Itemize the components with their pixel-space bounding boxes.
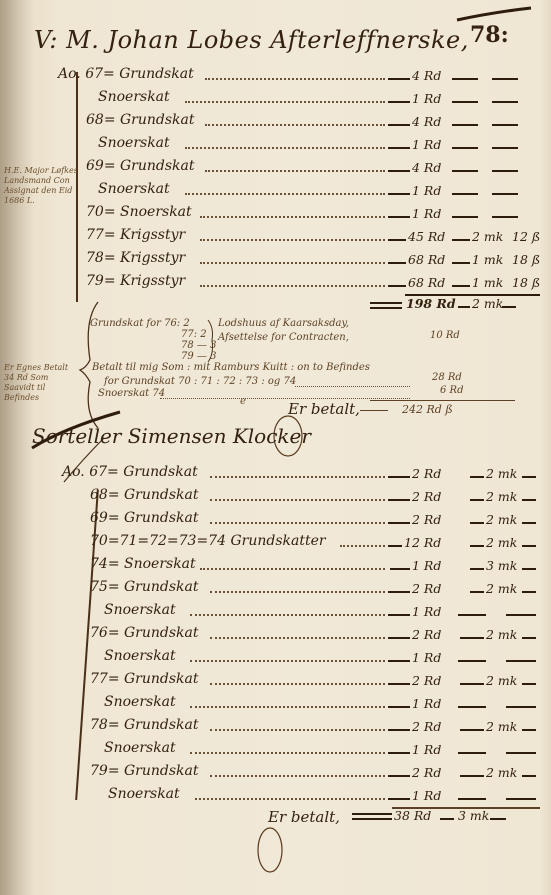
amount-rd: 1 Rd [412, 137, 441, 152]
note-line-1b: 77: 2 [181, 329, 207, 340]
ledger-page: 78: V: M. Johan Lobes Afterleffnerske, H… [0, 0, 551, 895]
row-label: 70= Snoerskat [86, 204, 192, 220]
row-label: Snoerskat [98, 181, 170, 197]
amount-mk: 1 mk [472, 252, 503, 267]
amount-mk: 2 mk [486, 581, 517, 596]
note-value-3: 6 Rd [440, 385, 463, 396]
note-value-1: 10 Rd [430, 330, 460, 341]
amount-rd: 2 Rd [412, 765, 441, 780]
section1-total-rd: 198 Rd [406, 296, 456, 311]
paid-value: 242 Rd ß [402, 403, 453, 416]
row-label: 76= Grundskat [90, 625, 199, 641]
row-label: 69= Grundskat [90, 510, 199, 526]
ledger-row: 70= Snoerskat 1 Rd [0, 204, 551, 228]
amount-rd: 2 Rd [412, 581, 441, 596]
ledger-row: Snoerskat 1 Rd [0, 89, 551, 113]
amount-rd: 2 Rd [412, 489, 441, 504]
amount-rd: 1 Rd [412, 183, 441, 198]
amount-rd: 2 Rd [412, 512, 441, 527]
row-label: 79= Grundskat [90, 763, 199, 779]
total-double-rule-top [370, 302, 402, 304]
note-line-1: Grundskat for 76: 2 [90, 318, 190, 329]
section2-total-rd: 38 Rd [394, 808, 431, 823]
amount-mk: 2 mk [486, 627, 517, 642]
ledger-row: 68= Grundskat 4 Rd [0, 112, 551, 136]
row-label: 77= Grundskat [90, 671, 199, 687]
ledger-row: Snoerskat 1 Rd [0, 740, 551, 764]
amount-mk: 1 mk [472, 275, 503, 290]
amount-rd: 1 Rd [412, 650, 441, 665]
margin-note-2: Er Egnes Betalt 34 Rd Som Saavidt til Be… [4, 363, 76, 403]
total-double-rule-top [352, 813, 392, 815]
section1-total-mk: 2 mk [472, 296, 503, 311]
note-line-3: for Grundskat 70 : 71 : 72 : 73 : og 74 [104, 376, 296, 387]
row-label: 68= Grundskat [86, 112, 195, 128]
amount-mk: 2 mk [486, 489, 517, 504]
row-label: 78= Krigsstyr [86, 250, 185, 266]
row-label: 74= Snoerskat [90, 556, 196, 572]
amount-rd: 1 Rd [412, 742, 441, 757]
ledger-row: 76= Grundskat 2 Rd 2 mk [0, 625, 551, 649]
section2-total-flourish [252, 810, 292, 875]
ledger-row: 79= Grundskat 2 Rd 2 mk [0, 763, 551, 787]
row-label: Snoerskat [104, 694, 176, 710]
row-label: 69= Grundskat [86, 158, 195, 174]
row-label: Snoerskat [104, 648, 176, 664]
ledger-row: 78= Grundskat 2 Rd 2 mk [0, 717, 551, 741]
ledger-row: Ao. 67= Grundskat 2 Rd 2 mk [0, 464, 551, 488]
row-label: 70=71=72=73=74 Grundskatter [90, 533, 326, 549]
ledger-row: 77= Krigsstyr 45 Rd 2 mk 12 ß [0, 227, 551, 251]
amount-sk: 18 ß [512, 252, 540, 267]
row-label: Ao. 67= Grundskat [58, 66, 194, 82]
amount-mk: 2 mk [486, 719, 517, 734]
amount-rd: 1 Rd [412, 91, 441, 106]
row-label: Snoerskat [108, 786, 180, 802]
note-bracket-text-1: Lodshuus af Kaarsaksday, [218, 318, 349, 329]
ledger-row: Snoerskat 1 Rd [0, 135, 551, 159]
amount-mk: 3 mk [486, 558, 517, 573]
amount-mk: 2 mk [472, 229, 503, 244]
ledger-row: Ao. 67= Grundskat 4 Rd [0, 66, 551, 90]
amount-mk: 2 mk [486, 512, 517, 527]
row-label: 78= Grundskat [90, 717, 199, 733]
amount-rd: 1 Rd [412, 558, 441, 573]
amount-rd: 4 Rd [412, 114, 441, 129]
note-bracket-text-2: Afsettelse for Contracten, [218, 332, 349, 343]
amount-mk: 2 mk [486, 535, 517, 550]
row-label: Ao. 67= Grundskat [62, 464, 198, 480]
amount-rd: 68 Rd [408, 275, 445, 290]
leader-dots [205, 78, 385, 80]
ledger-row: Snoerskat 1 Rd [0, 602, 551, 626]
total-double-rule-bottom [352, 818, 392, 820]
page-number-flourish [455, 4, 535, 24]
ledger-row: 75= Grundskat 2 Rd 2 mk [0, 579, 551, 603]
note-value-2: 28 Rd [432, 372, 462, 383]
row-label: 75= Grundskat [90, 579, 199, 595]
amount-rd: 2 Rd [412, 466, 441, 481]
section2-total-mk: 3 mk [458, 808, 489, 823]
amount-rd: 1 Rd [412, 788, 441, 803]
ledger-row: 68= Grundskat 2 Rd 2 mk [0, 487, 551, 511]
page-heading: V: M. Johan Lobes Afterleffnerske, [34, 26, 469, 54]
amount-rd: 1 Rd [412, 604, 441, 619]
amount-sk: 18 ß [512, 275, 540, 290]
ledger-row: Snoerskat 1 Rd [0, 648, 551, 672]
notes-inner-brace [206, 318, 216, 364]
row-label: 68= Grundskat [90, 487, 199, 503]
amount-rd: 2 Rd [412, 627, 441, 642]
amount-rd: 1 Rd [412, 206, 441, 221]
row-label: 77= Krigsstyr [86, 227, 185, 243]
notes-sum-rule [370, 400, 515, 401]
amount-rd: 1 Rd [412, 696, 441, 711]
ledger-row: Snoerskat 1 Rd [0, 694, 551, 718]
ledger-row: 74= Snoerskat 1 Rd 3 mk [0, 556, 551, 580]
row-label: Snoerskat [98, 89, 170, 105]
ledger-row: 77= Grundskat 2 Rd 2 mk [0, 671, 551, 695]
amount-mk: 2 mk [486, 466, 517, 481]
amount-rd: 2 Rd [412, 719, 441, 734]
amount-mk: 2 mk [486, 765, 517, 780]
amount-rd: 4 Rd [412, 68, 441, 83]
ledger-row: 69= Grundskat 4 Rd [0, 158, 551, 182]
amount-sk: 12 ß [512, 229, 540, 244]
amount-mk: 2 mk [486, 673, 517, 688]
note-line-4: Snoerskat 74 [98, 388, 165, 399]
abbrev-mark: e [240, 396, 246, 407]
section2-heading: Sorteller Simensen Klocker [32, 424, 311, 448]
row-label: Snoerskat [104, 602, 176, 618]
note-line-2: Betalt til mig Som : mit Ramburs Kuitt :… [92, 362, 370, 373]
page-number: 78: [470, 22, 509, 48]
row-label: 79= Krigsstyr [86, 273, 185, 289]
amount-rd: 68 Rd [408, 252, 445, 267]
amount-rd: 2 Rd [412, 673, 441, 688]
amount-rd: 12 Rd [404, 535, 441, 550]
ledger-row: 78= Krigsstyr 68 Rd 1 mk 18 ß [0, 250, 551, 274]
row-label: Snoerskat [104, 740, 176, 756]
amount-rd: 45 Rd [408, 229, 445, 244]
ledger-row: 70=71=72=73=74 Grundskatter 12 Rd 2 mk [0, 533, 551, 557]
amount-rd: 4 Rd [412, 160, 441, 175]
ledger-row: Snoerskat 1 Rd [0, 181, 551, 205]
ledger-row: 69= Grundskat 2 Rd 2 mk [0, 510, 551, 534]
total-double-rule-bottom [370, 307, 402, 309]
row-label: Snoerskat [98, 135, 170, 151]
